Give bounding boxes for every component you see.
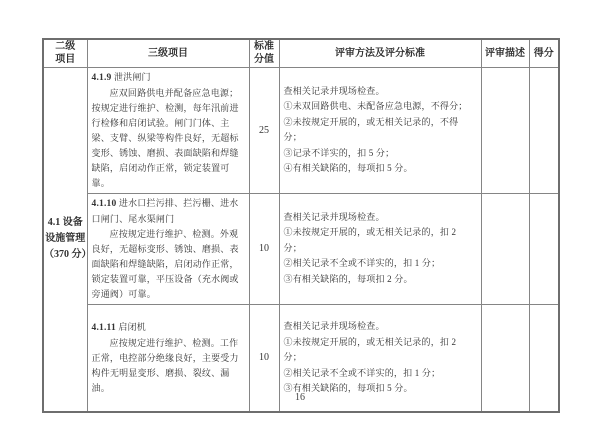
item-description: 应按规定进行维护、检测。工作正常，电控部分绝缘良好，主要受力构件无明显变形、磨损… [92, 336, 245, 396]
standard-score-cell: 25 [249, 67, 279, 193]
method-item: ①未按规定开展的，或无相关记录的，扣 2 分； [284, 335, 477, 366]
method-item: ①未双回路供电、未配备应急电源，不得分； [284, 99, 477, 115]
item-name: 启闭机 [118, 322, 146, 332]
method-item: ③有相关缺陷的，每项扣 2 分。 [284, 272, 477, 288]
method-intro: 查相关记录并现场检查。 [284, 210, 477, 226]
item-number: 4.1.9 [92, 73, 112, 83]
item-number: 4.1.11 [92, 323, 116, 333]
method-item: ④有相关缺陷的，每项扣 5 分。 [284, 161, 477, 177]
table-row: 4.1.10 进水口拦污排、拦污栅、进水口闸门、尾水渠闸门 应按规定进行维护、检… [43, 193, 559, 304]
column-header-review-method: 评审方法及评分标准 [279, 39, 481, 67]
item-description: 应双回路供电并配备应急电源；按规定进行维护、检测，每年汛前进行检修和启闭试验。闸… [92, 86, 245, 191]
table-header-row: 二级 项目 三级项目 标准 分值 评审方法及评分标准 评审描述 得分 [43, 39, 559, 67]
review-description-cell [481, 193, 529, 304]
item-title: 4.1.9 泄洪闸门 [92, 70, 245, 86]
method-item: ②相关记录不全或不详实的，扣 1 分； [284, 366, 477, 382]
page-number: 16 [0, 392, 600, 403]
score-cell [529, 193, 559, 304]
review-description-cell [481, 67, 529, 193]
column-header-review-description: 评审描述 [481, 39, 529, 67]
level3-project-cell: 4.1.10 进水口拦污排、拦污栅、进水口闸门、尾水渠闸门 应按规定进行维护、检… [87, 193, 249, 304]
item-title: 4.1.11 启闭机 [92, 320, 245, 336]
method-item: ②相关记录不全或不详实的，扣 1 分； [284, 256, 477, 272]
table-row: 4.1 设备 设施管理 （370 分） 4.1.9 泄洪闸门 应双回路供电并配备… [43, 67, 559, 193]
method-item: ③记录不详实的，扣 5 分； [284, 146, 477, 162]
column-header-level2-project: 二级 项目 [43, 39, 87, 67]
item-number: 4.1.10 [92, 199, 117, 209]
review-method-cell: 查相关记录并现场检查。 ①未双回路供电、未配备应急电源，不得分； ②未按规定开展… [279, 67, 481, 193]
review-table: 二级 项目 三级项目 标准 分值 评审方法及评分标准 评审描述 得分 4.1 设… [42, 38, 560, 413]
method-intro: 查相关记录并现场检查。 [284, 319, 477, 335]
score-cell [529, 67, 559, 193]
column-header-standard-score: 标准 分值 [249, 39, 279, 67]
column-header-level3-project: 三级项目 [87, 39, 249, 67]
item-name: 泄洪闸门 [114, 72, 151, 82]
method-item: ②未按规定开展的，或无相关记录的，不得分； [284, 115, 477, 146]
item-description: 应按规定进行维护、检测。外观良好，无超标变形、锈蚀、磨损、表面缺陷和焊缝缺陷，启… [92, 227, 245, 302]
level2-project-cell: 4.1 设备 设施管理 （370 分） [43, 67, 87, 412]
level3-project-cell: 4.1.9 泄洪闸门 应双回路供电并配备应急电源；按规定进行维护、检测，每年汛前… [87, 67, 249, 193]
standard-score-cell: 10 [249, 193, 279, 304]
review-method-cell: 查相关记录并现场检查。 ①未按规定开展的，或无相关记录的，扣 2 分； ②相关记… [279, 193, 481, 304]
column-header-score: 得分 [529, 39, 559, 67]
method-item: ①未按规定开展的，或无相关记录的，扣 2 分； [284, 225, 477, 256]
method-intro: 查相关记录并现场检查。 [284, 84, 477, 100]
item-title: 4.1.10 进水口拦污排、拦污栅、进水口闸门、尾水渠闸门 [92, 196, 245, 227]
document-page: 二级 项目 三级项目 标准 分值 评审方法及评分标准 评审描述 得分 4.1 设… [0, 0, 600, 424]
